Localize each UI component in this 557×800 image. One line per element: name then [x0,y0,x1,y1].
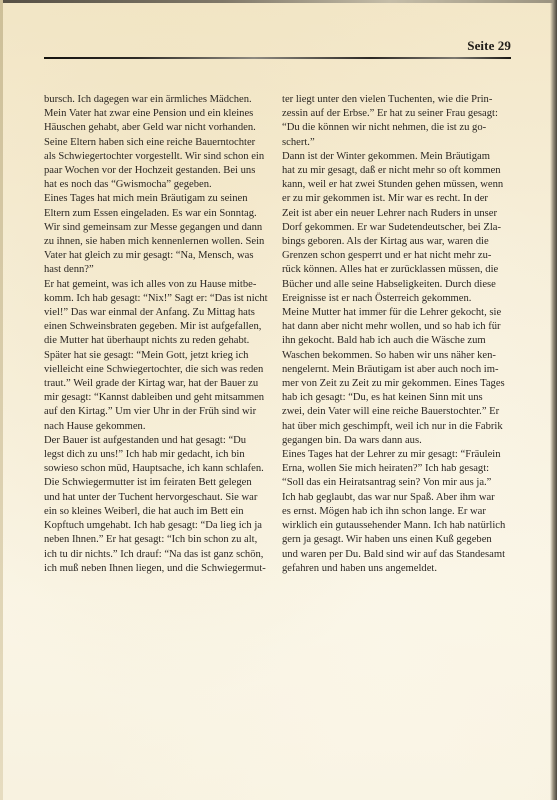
text-line: rück können. Alles hat er zurücklassen m… [282,263,514,277]
text-line: hat über mich geschimpft, weil ich nur i… [282,420,514,434]
text-line: Dann ist der Winter gekommen. Mein Bräut… [282,150,514,164]
text-line: ich muß neben Ihnen liegen, und die Schw… [44,562,276,576]
text-line: Eines Tages hat mich mein Bräutigam zu s… [44,192,276,206]
text-line: gefahren und haben uns angemeldet. [282,562,514,576]
text-line: ter liegt unter den vielen Tuchenten, wi… [282,93,514,107]
text-line: Erna, wollen Sie mich heiraten?” Ich hab… [282,462,514,476]
text-line: bursch. Ich dagegen war ein ärmliches Mä… [44,93,276,107]
text-line: Meine Mutter hat immer für die Lehrer ge… [282,306,514,320]
text-line: Der Bauer ist aufgestanden und hat gesag… [44,434,276,448]
text-line: paar Wochen vor der Hochzeit gestanden. … [44,164,276,178]
text-line: Zeit ist aber ein neuer Lehrer nach Rude… [282,207,514,221]
text-line: Er hat gemeint, was ich alles von zu Hau… [44,278,276,292]
text-line: es ernst. Mögen hab ich ihn schon lange.… [282,505,514,519]
text-line: ihn gekocht. Bald hab ich auch die Wäsch… [282,334,514,348]
page-top-edge-shadow [0,0,557,3]
text-line: sowieso schon müd, Hauptsache, ich kann … [44,462,276,476]
text-line: hat dann aber nicht mehr wollen, und so … [282,320,514,334]
text-line: Später hat sie gesagt: “Mein Gott, jetzt… [44,349,276,363]
text-line: Ereignisse ist er nach Österreich gekomm… [282,292,514,306]
text-line: zwei, dein Vater will eine reiche Bauers… [282,405,514,419]
text-line: wirklich ein gutaussehender Mann. Ich ha… [282,519,514,533]
text-line: schert.” [282,136,514,150]
page-header: Seite 29 [44,38,511,60]
text-line: nengelernt. Mein Bräutigam ist aber auch… [282,363,514,377]
text-line: als Schwiegertochter vorgestellt. Wir si… [44,150,276,164]
text-line: bings geboren. Als der Kirtag aus war, w… [282,235,514,249]
text-line: Vater hat gleich zu mir gesagt: “Na, Men… [44,249,276,263]
text-line: Waschen bekommen. So haben wir uns näher… [282,349,514,363]
text-line: Seine Eltern haben sich eine reiche Baue… [44,136,276,150]
text-line: Kopftuch umgehabt. Ich hab gesagt: “Da l… [44,519,276,533]
text-line: mer von Zeit zu Zeit zu mir gekommen. Ei… [282,377,514,391]
text-line: komm. Ich hab gesagt: “Nix!” Sagt er: “D… [44,292,276,306]
text-line: Eltern zum Essen eingeladen. Es war ein … [44,207,276,221]
scanned-page: Seite 29 bursch. Ich dagegen war ein ärm… [0,0,557,800]
text-line: die Mutter hat überhaupt nichts zu reden… [44,334,276,348]
text-line: hat es noch das “Gwismocha” gegeben. [44,178,276,192]
text-line: “Soll das ein Heiratsantrag sein? Von mi… [282,476,514,490]
text-line: neben Ihnen.” Er hat gesagt: “Ich bin sc… [44,533,276,547]
text-line: Wir sind gemeinsam zur Messe gegangen un… [44,221,276,235]
text-line: er zu mir gekommen ist. Mir war es recht… [282,192,514,206]
page-number-label: Seite 29 [467,38,511,54]
text-line: ich tu dir nichts.” Ich drauf: “Na das i… [44,548,276,562]
text-line: hab ich gesagt: “Du, es hat keinen Sinn … [282,391,514,405]
text-line: Häuschen gehabt, aber Geld war nicht vor… [44,121,276,135]
text-line: Die Schwiegermutter ist im feiraten Bett… [44,476,276,490]
text-line: Grenzen schon gesperrt und er hat nicht … [282,249,514,263]
text-line: Dorf gekommen. Er war Sudetendeutscher, … [282,221,514,235]
text-line: Eines Tages hat der Lehrer zu mir gesagt… [282,448,514,462]
text-line: legst dich zu uns!” Ich hab mir gedacht,… [44,448,276,462]
text-line: und hat unter der Tuchent hervorgeschaut… [44,491,276,505]
right-text-column: ter liegt unter den vielen Tuchenten, wi… [282,93,514,576]
left-text-column: bursch. Ich dagegen war ein ärmliches Mä… [44,93,276,576]
header-rule-divider [44,57,511,59]
text-line: Mein Vater hat zwar eine Pension und ein… [44,107,276,121]
text-line: traut.” Weil grade der Kirtag war, hat d… [44,377,276,391]
text-line: gern ja gesagt. Wir haben uns einen Kuß … [282,533,514,547]
page-left-edge [0,0,3,800]
text-line: vielleicht eine Schwiegertochter, die si… [44,363,276,377]
text-line: ein so kleines Weiberl, die hat auch im … [44,505,276,519]
text-columns: bursch. Ich dagegen war ein ärmliches Mä… [44,93,514,576]
text-line: zessin auf der Erbse.” Er hat zu seiner … [282,107,514,121]
text-line: auf den Kirtag.” Um vier Uhr in der Früh… [44,405,276,419]
text-line: Ich hab geglaubt, das war nur Spaß. Aber… [282,491,514,505]
text-line: mir gesagt: “Kannst dableiben und geht m… [44,391,276,405]
text-line: und waren per Du. Bald sind wir auf das … [282,548,514,562]
text-line: nach Hause gekommen. [44,420,276,434]
text-line: “Du die können wir nicht nehmen, die ist… [282,121,514,135]
text-line: hat zu mir gesagt, daß er nicht mehr so … [282,164,514,178]
page-right-edge-shadow [550,0,557,800]
text-line: Bücher und alle seine Habseligkeiten. Du… [282,278,514,292]
text-line: hast denn?” [44,263,276,277]
text-line: einen Schweinsbraten gegeben. Mir ist au… [44,320,276,334]
text-line: gegangen bin. Da wars dann aus. [282,434,514,448]
text-line: kann, weil er hat zwei Stunden gehen müs… [282,178,514,192]
text-line: zu ihnen, sie haben mich kennenlernen wo… [44,235,276,249]
text-line: viel!” Das war einmal der Anfang. Zu Mit… [44,306,276,320]
